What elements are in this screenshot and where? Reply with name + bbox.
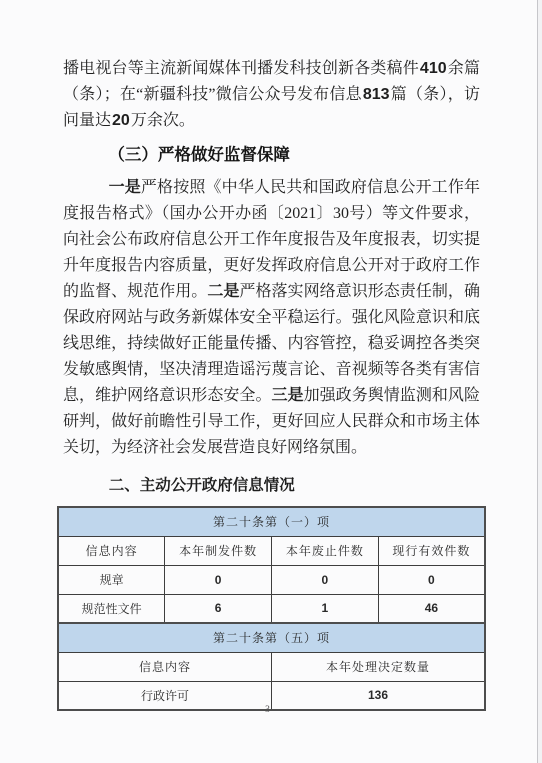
column-header-issued: 本年制发件数 [165, 536, 272, 565]
bold-lead-second: 二是 [207, 283, 239, 300]
row-label-regulations: 规章 [58, 565, 165, 594]
column-header-info-content: 信息内容 [58, 652, 272, 681]
table-row: 规章 0 0 0 [58, 565, 485, 594]
text-run: 严格按照《中华人民共和国政府信息公开工作年度报告格式》（国办公开办函〔2021〕… [63, 179, 480, 300]
table-title: 第二十条第（五）项 [58, 623, 485, 652]
text-run: 万余次。 [131, 112, 195, 129]
table-article20-item1: 第二十条第（一）项 信息内容 本年制发件数 本年废止件数 现行有效件数 规章 0… [57, 506, 486, 624]
number-articles-count: 410 [419, 60, 448, 77]
text-run: 严格落实网络意识形态责任制，确保政府网站与政务新媒体安全平稳运行。强化风险意识和… [63, 283, 480, 404]
cell-value: 6 [165, 594, 272, 623]
bold-lead-third: 三是 [272, 387, 304, 404]
row-label-normative-documents: 规范性文件 [58, 594, 165, 623]
document-content: 播电视台等主流新闻媒体刊播发科技创新各类稿件410余篇（条）；在“新疆科技”微信… [0, 0, 537, 711]
table-title: 第二十条第（一）项 [58, 507, 485, 536]
table-header-row: 信息内容 本年处理决定数量 [58, 652, 485, 681]
cell-value: 46 [378, 594, 485, 623]
heading-section-three: （三）严格做好监督保障 [63, 143, 480, 167]
table-row: 规范性文件 6 1 46 [58, 594, 485, 623]
table-article20-item5: 第二十条第（五）项 信息内容 本年处理决定数量 行政许可 136 [57, 622, 486, 711]
table-header-row: 信息内容 本年制发件数 本年废止件数 现行有效件数 [58, 536, 485, 565]
paragraph-supervision-measures: 一是严格按照《中华人民共和国政府信息公开工作年度报告格式》（国办公开办函〔202… [63, 175, 480, 461]
column-header-abolished: 本年废止件数 [272, 536, 379, 565]
table-title-row: 第二十条第（五）项 [58, 623, 485, 652]
text-run: 播电视台等主流新闻媒体刊播发科技创新各类稿件 [63, 60, 419, 77]
column-header-effective: 现行有效件数 [378, 536, 485, 565]
table-title-row: 第二十条第（一）项 [58, 507, 485, 536]
bold-lead-first: 一是 [109, 179, 141, 196]
number-visits: 20 [111, 112, 131, 129]
cell-value: 0 [378, 565, 485, 594]
cell-value: 1 [272, 594, 379, 623]
column-header-info-content: 信息内容 [58, 536, 165, 565]
cell-value: 0 [165, 565, 272, 594]
cell-value: 0 [272, 565, 379, 594]
page-number: - 3 - [0, 705, 537, 715]
document-page: 播电视台等主流新闻媒体刊播发科技创新各类稿件410余篇（条）；在“新疆科技”微信… [0, 0, 538, 763]
column-header-decisions: 本年处理决定数量 [272, 652, 486, 681]
number-wechat-posts: 813 [362, 86, 391, 103]
paragraph-media-coverage: 播电视台等主流新闻媒体刊播发科技创新各类稿件410余篇（条）；在“新疆科技”微信… [63, 56, 480, 134]
heading-section-two: 二、主动公开政府信息情况 [63, 475, 480, 497]
